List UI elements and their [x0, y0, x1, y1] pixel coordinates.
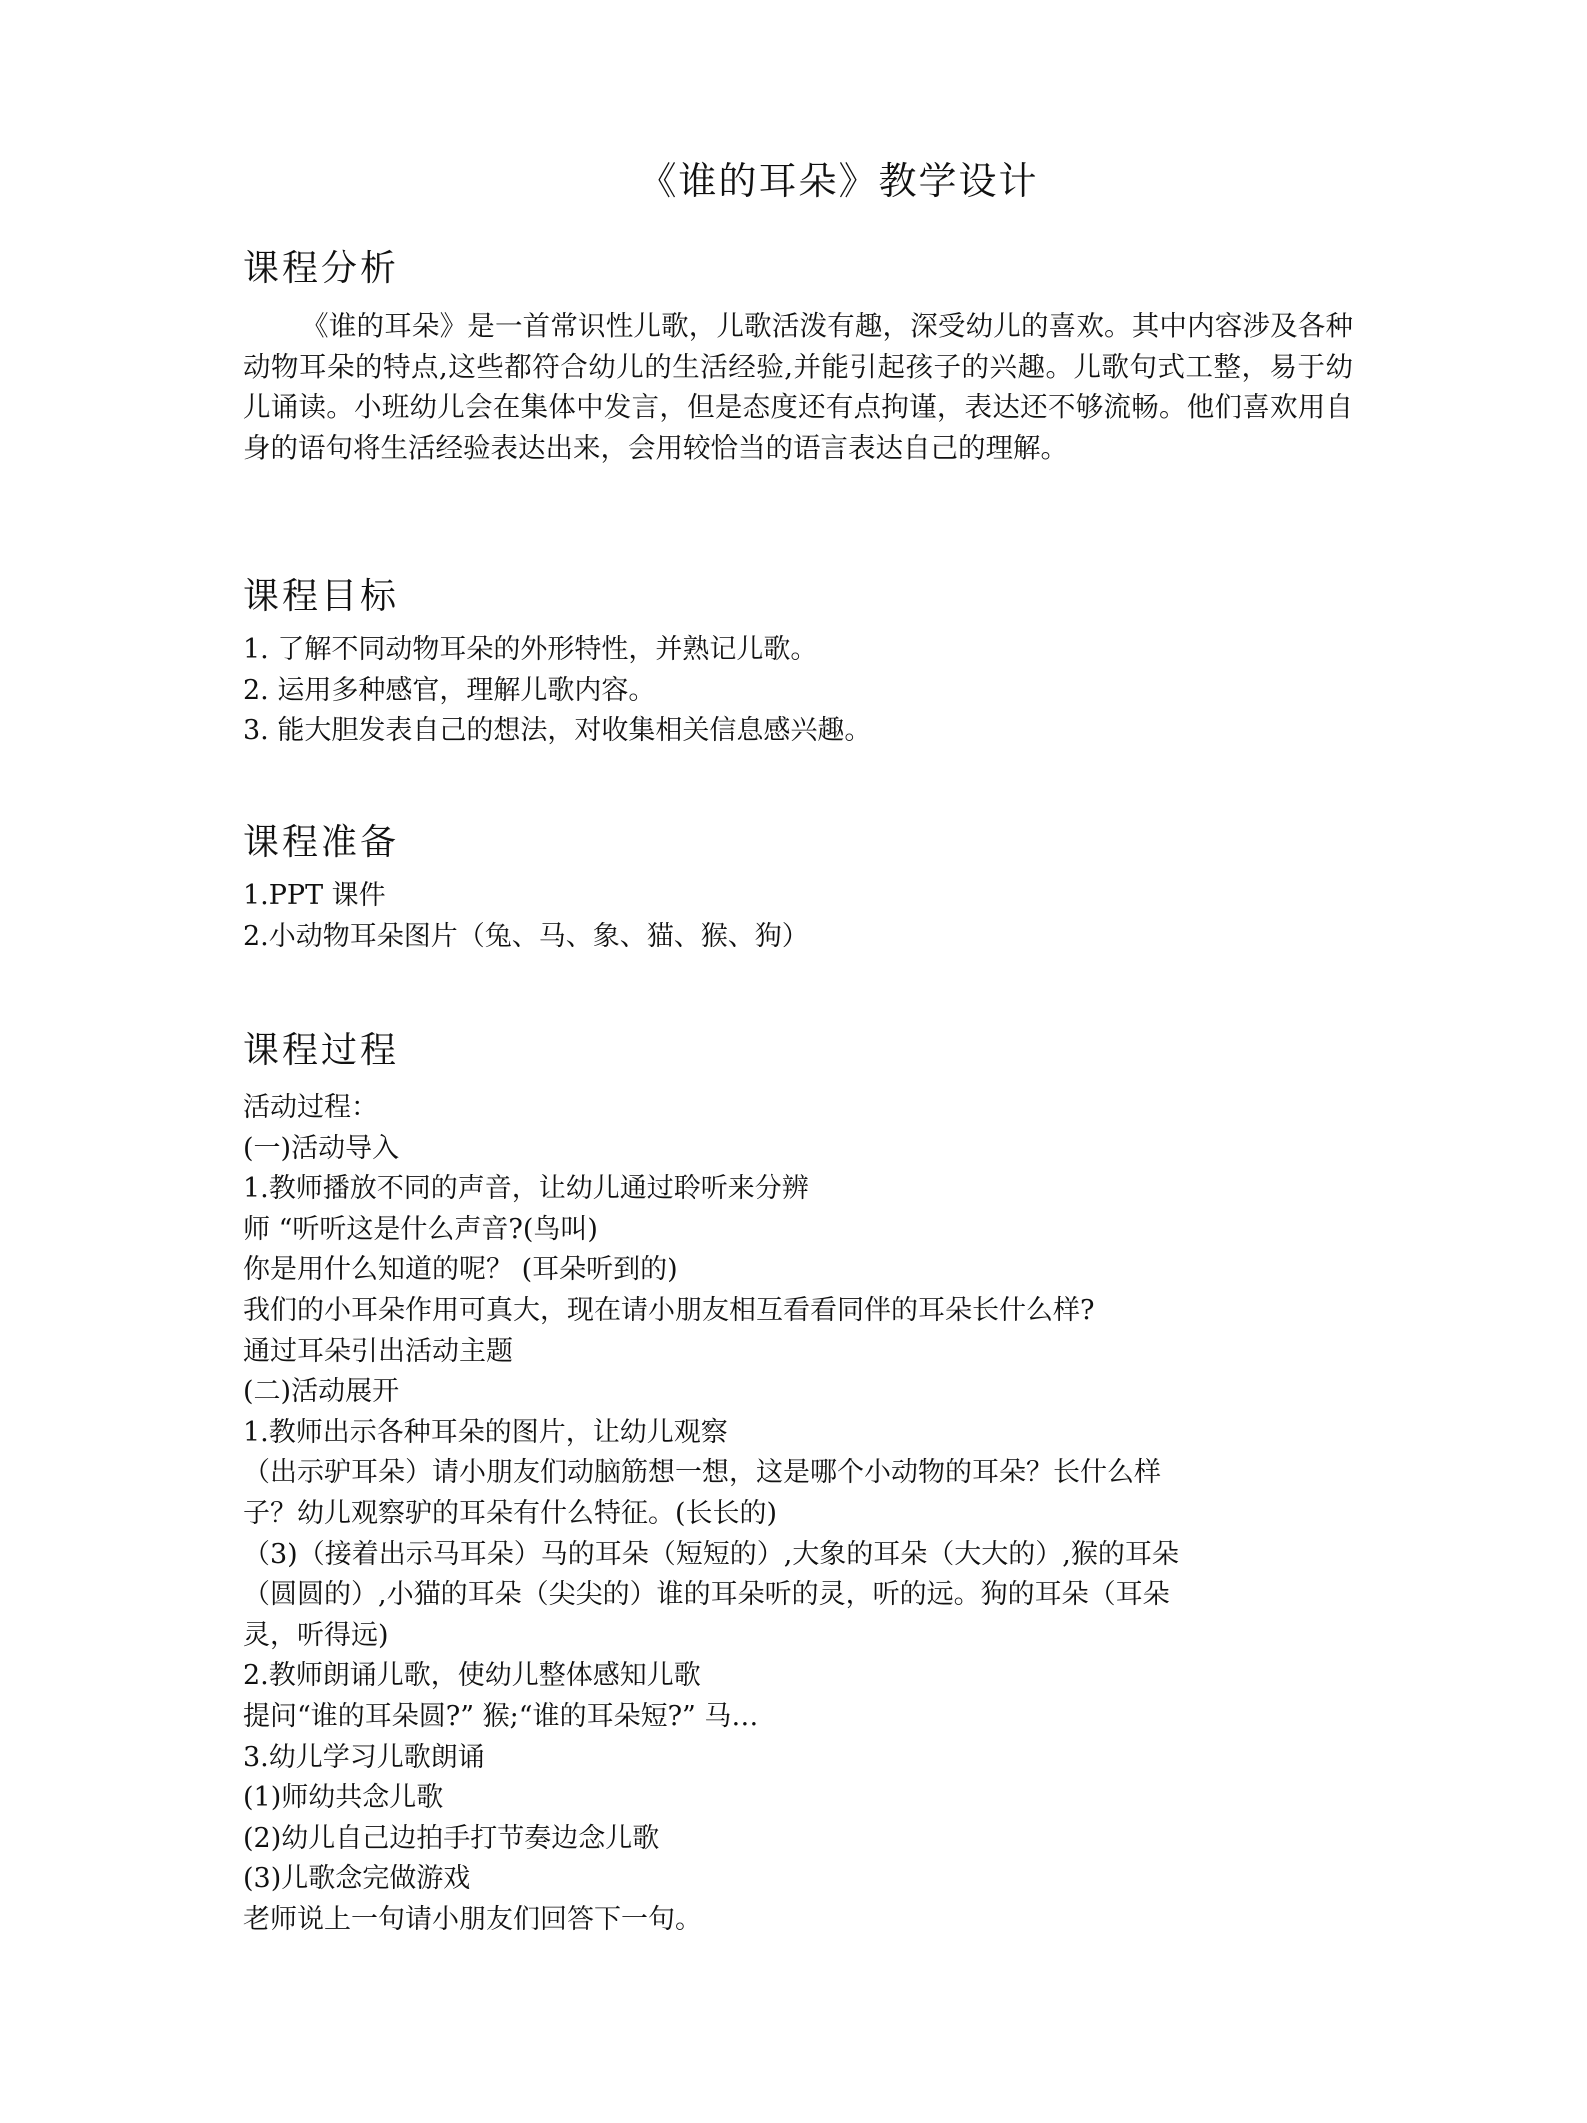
process-line: 通过耳朵引出活动主题	[243, 1332, 1363, 1373]
process-line: 活动过程：	[243, 1088, 1363, 1129]
process-line: 子？幼儿观察驴的耳朵有什么特征。(长长的)	[243, 1494, 1363, 1535]
process-line: 老师说上一句请小朋友们回答下一句。	[243, 1900, 1363, 1941]
process-line: 我们的小耳朵作用可真大，现在请小朋友相互看看同伴的耳朵长什么样?	[243, 1291, 1363, 1332]
process-line: 1.教师播放不同的声音，让幼儿通过聆听来分辨	[243, 1169, 1363, 1210]
heading-process: 课程过程	[243, 1022, 399, 1073]
process-line: (3)儿歌念完做游戏	[243, 1859, 1363, 1900]
process-line: (2)幼儿自己边拍手打节奏边念儿歌	[243, 1819, 1363, 1860]
goals-list: 1. 了解不同动物耳朵的外形特性，并熟记儿歌。 2. 运用多种感官，理解儿歌内容…	[243, 630, 1363, 752]
goal-item: 2. 运用多种感官，理解儿歌内容。	[243, 671, 1363, 712]
process-line: （出示驴耳朵）请小朋友们动脑筋想一想，这是哪个小动物的耳朵？长什么样	[243, 1453, 1363, 1494]
process-line: 3.幼儿学习儿歌朗诵	[243, 1738, 1363, 1779]
preparation-item: 2.小动物耳朵图片（兔、马、象、猫、猴、狗）	[243, 917, 1363, 958]
process-line: 师 “听听这是什么声音?(鸟叫)	[243, 1210, 1363, 1251]
process-line: 1.教师出示各种耳朵的图片，让幼儿观察	[243, 1413, 1363, 1454]
document-page: 《谁的耳朵》教学设计 课程分析 《谁的耳朵》是一首常识性儿歌，儿歌活泼有趣，深受…	[0, 0, 1587, 2123]
heading-analysis: 课程分析	[243, 240, 399, 291]
process-line: 提问“谁的耳朵圆?” 猴;“谁的耳朵短?” 马…	[243, 1697, 1363, 1738]
process-line: （圆圆的）,小猫的耳朵（尖尖的）谁的耳朵听的灵，听的远。狗的耳朵（耳朵	[243, 1575, 1363, 1616]
process-line: （3)（接着出示马耳朵）马的耳朵（短短的）,大象的耳朵（大大的）,猴的耳朵	[243, 1535, 1363, 1576]
process-line: (1)师幼共念儿歌	[243, 1778, 1363, 1819]
analysis-paragraph: 《谁的耳朵》是一首常识性儿歌，儿歌活泼有趣，深受幼儿的喜欢。其中内容涉及各种动物…	[243, 306, 1353, 468]
process-line: (二)活动展开	[243, 1372, 1363, 1413]
preparation-item: 1.PPT 课件	[243, 876, 1363, 917]
process-lines: 活动过程： (一)活动导入 1.教师播放不同的声音，让幼儿通过聆听来分辨 师 “…	[243, 1088, 1363, 1940]
preparation-list: 1.PPT 课件 2.小动物耳朵图片（兔、马、象、猫、猴、狗）	[243, 876, 1363, 957]
document-title: 《谁的耳朵》教学设计	[0, 150, 1587, 205]
goal-item: 3. 能大胆发表自己的想法，对收集相关信息感兴趣。	[243, 711, 1363, 752]
heading-preparation: 课程准备	[243, 814, 399, 865]
process-line: (一)活动导入	[243, 1129, 1363, 1170]
goal-item: 1. 了解不同动物耳朵的外形特性，并熟记儿歌。	[243, 630, 1363, 671]
process-line: 你是用什么知道的呢？ (耳朵听到的)	[243, 1250, 1363, 1291]
process-line: 灵，听得远)	[243, 1616, 1363, 1657]
process-line: 2.教师朗诵儿歌，使幼儿整体感知儿歌	[243, 1656, 1363, 1697]
heading-goals: 课程目标	[243, 568, 399, 619]
analysis-text: 《谁的耳朵》是一首常识性儿歌，儿歌活泼有趣，深受幼儿的喜欢。其中内容涉及各种动物…	[243, 310, 1353, 464]
